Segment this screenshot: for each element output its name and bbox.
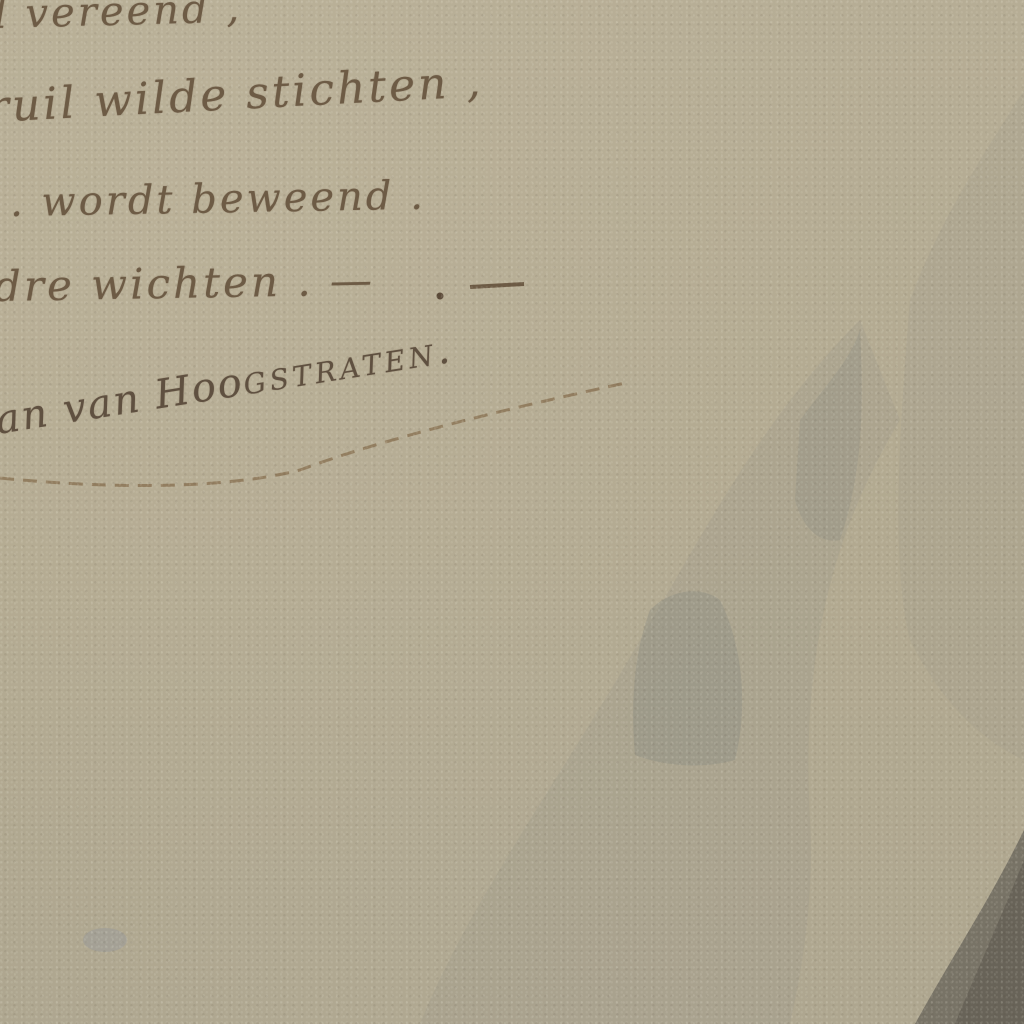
verse-line-4: dre wichten . — (0, 255, 375, 311)
paper-sheet (0, 0, 1024, 1024)
verse-line-3: . wordt beweend . (10, 173, 427, 226)
verse-line-1: l vereend , (0, 0, 243, 38)
